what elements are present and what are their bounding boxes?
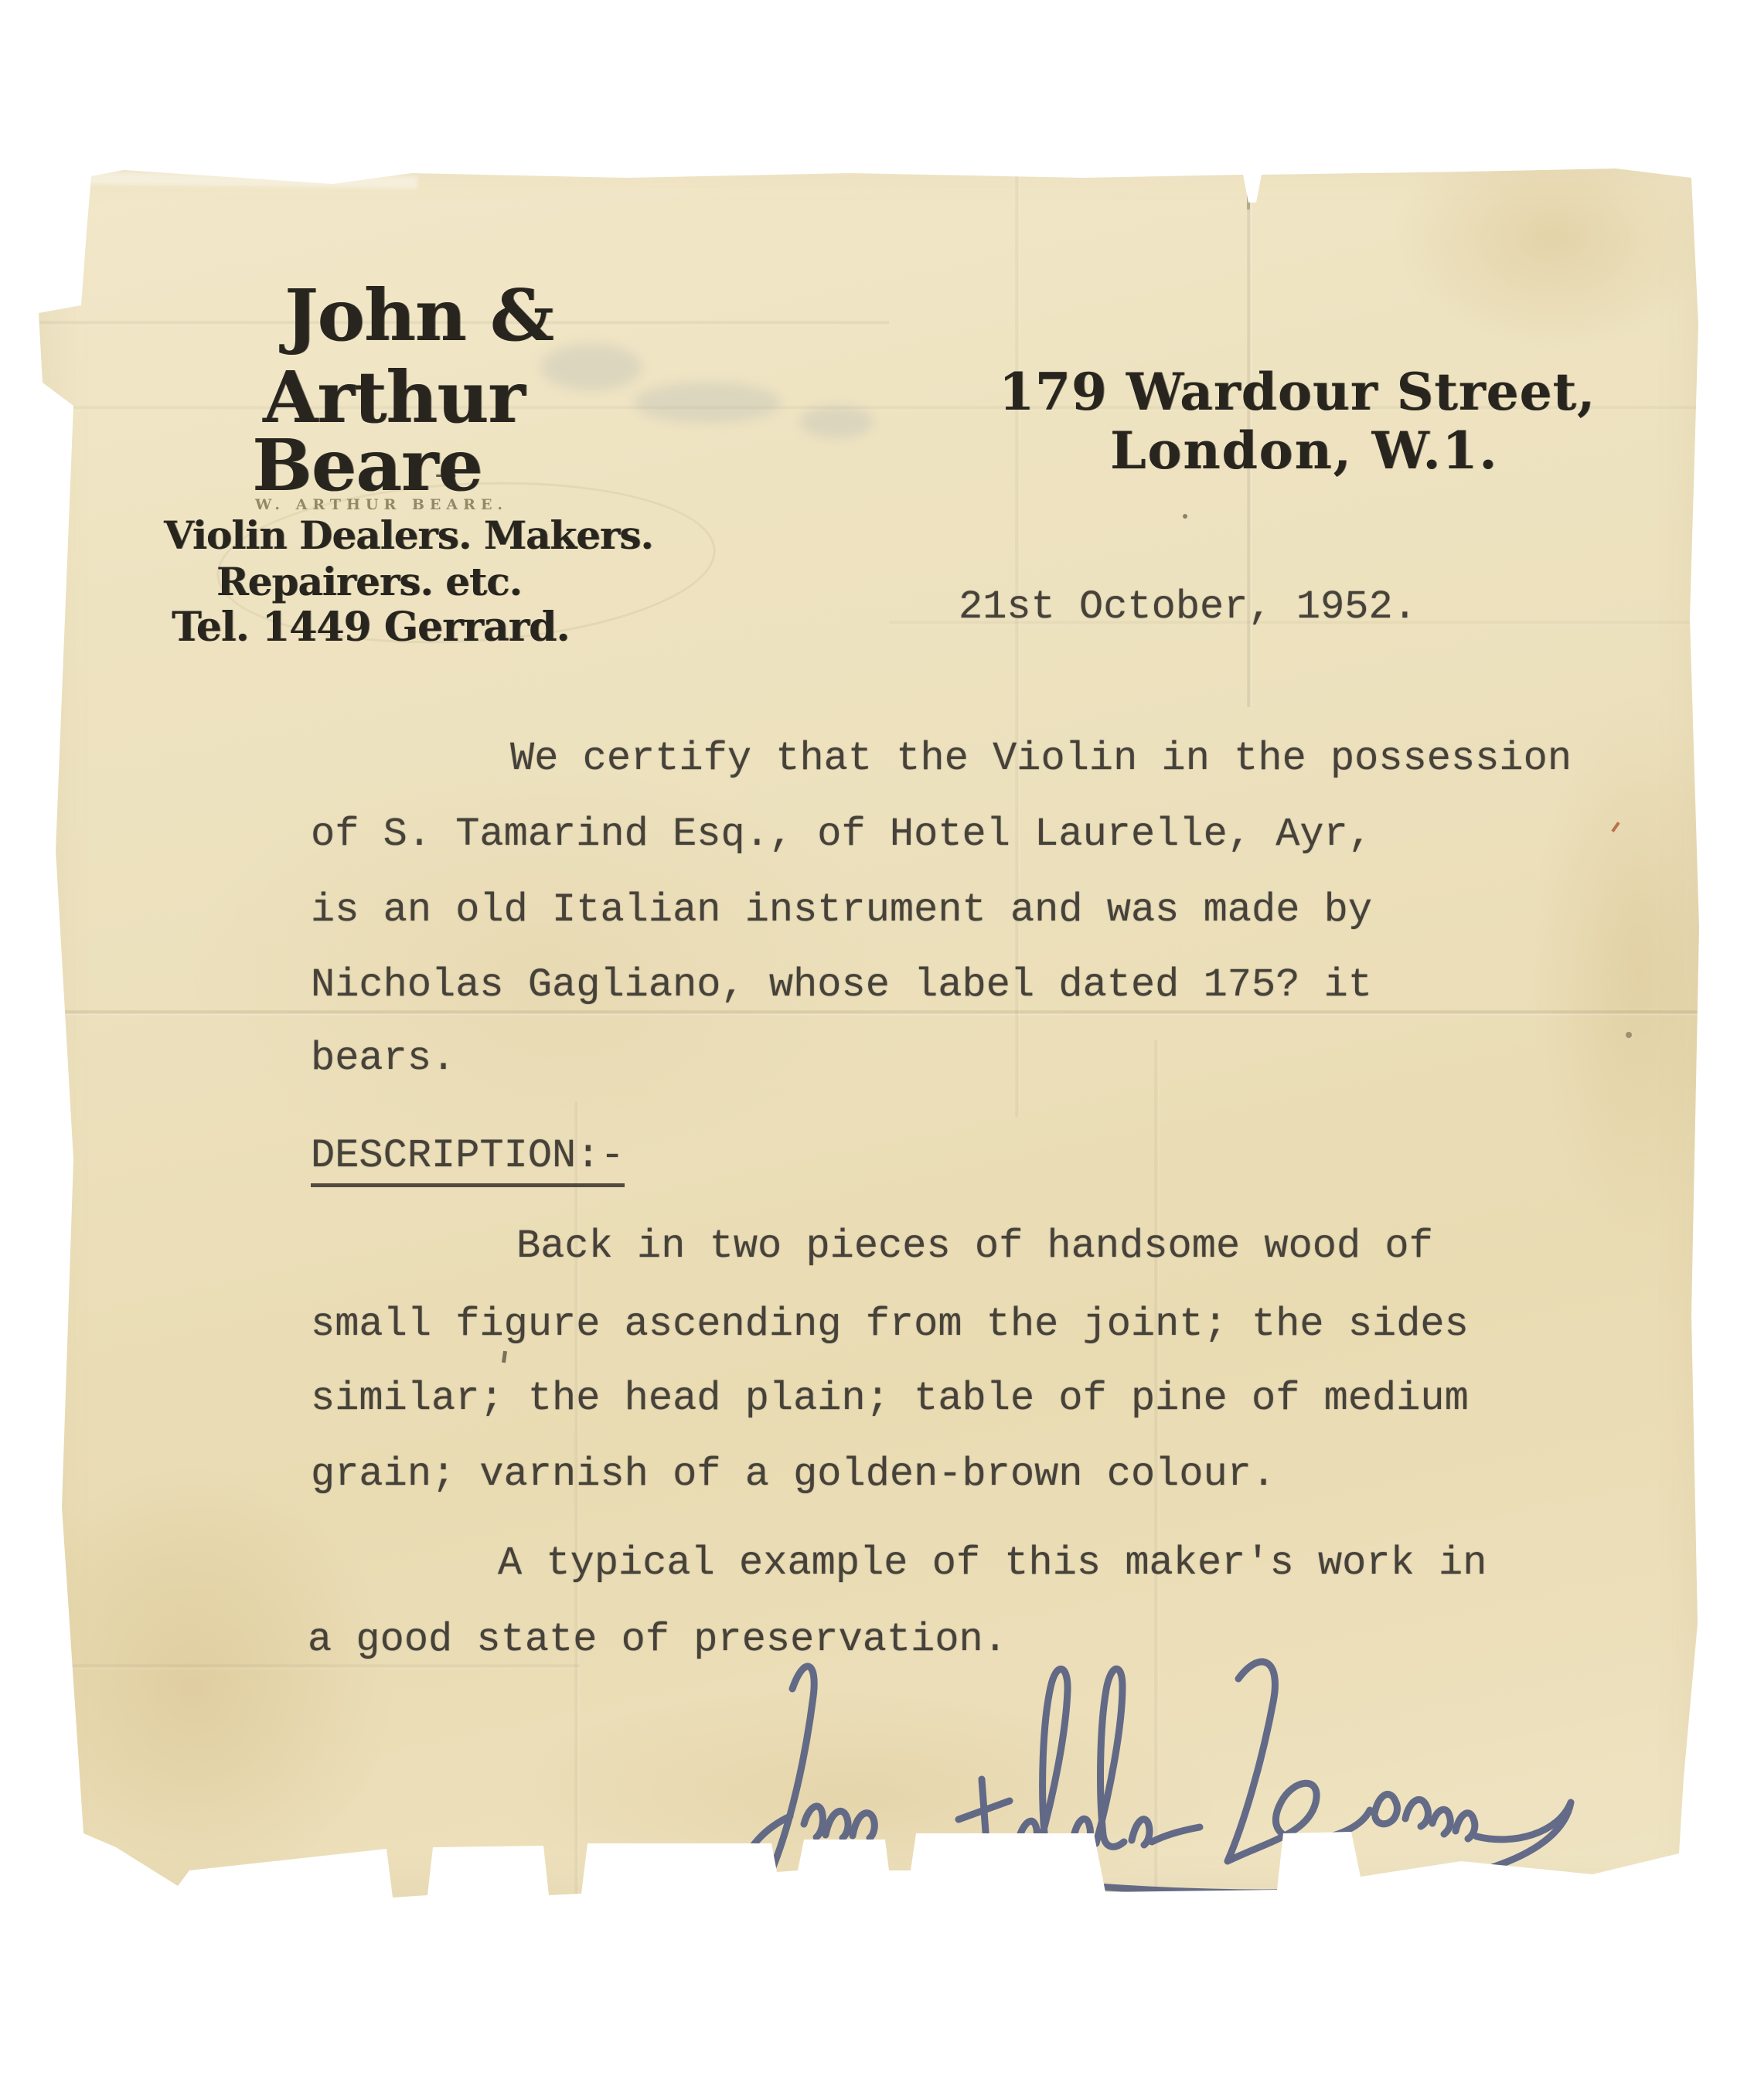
letterhead-subname: W. ARTHUR BEARE.	[255, 496, 508, 513]
body-line: grain; varnish of a golden-brown colour.	[311, 1452, 1275, 1498]
dark-speck-1	[1183, 514, 1187, 519]
letterhead-trade-line1: Violin Dealers. Makers.	[164, 516, 653, 555]
body-line: is an old Italian instrument and was mad…	[311, 887, 1372, 934]
stray-type-mark	[502, 1351, 507, 1363]
scanned-letter: John & Arthur Beare + W. ARTHUR BEARE. V…	[0, 0, 1754, 2100]
letter-paper: John & Arthur Beare + W. ARTHUR BEARE. V…	[39, 151, 1708, 1905]
description-heading: DESCRIPTION:-	[311, 1133, 625, 1187]
letterhead-name-line1: John &	[284, 280, 553, 351]
body-line: Nicholas Gagliano, whose label dated 175…	[311, 962, 1372, 1009]
body-line: of S. Tamarind Esq., of Hotel Laurelle, …	[311, 812, 1372, 858]
address-line2: London, W.1.	[1110, 425, 1498, 476]
fold-line-lower-left	[39, 1664, 580, 1669]
body-line: Back in two pieces of handsome wood of	[516, 1224, 1433, 1270]
signature-ink	[649, 1615, 1623, 1925]
ink-bleed-1	[541, 344, 642, 390]
letterhead-ornament: +	[433, 458, 459, 493]
fold-line-main	[39, 1010, 1708, 1016]
ink-bleed-2	[634, 383, 781, 423]
stain-bottom-left	[0, 1465, 394, 1913]
signature-stroke-plus	[959, 1779, 1010, 1843]
body-line: A typical example of this maker's work i…	[498, 1540, 1487, 1587]
corner-fold-highlight	[85, 172, 417, 189]
signature-stroke-arthur	[1019, 1669, 1200, 1846]
address-line1: 179 Wardour Street,	[999, 366, 1596, 417]
stain-top-right	[1391, 120, 1716, 352]
fold-line-vertical-left	[574, 1101, 580, 1905]
ink-bleed-3	[800, 406, 874, 438]
letterhead-trade-line2: Repairers. etc.	[216, 563, 522, 601]
date-line: 21st October, 1952.	[959, 584, 1417, 631]
red-speck	[1611, 822, 1619, 832]
body-line: similar; the head plain; table of pine o…	[311, 1376, 1469, 1422]
dark-speck-2	[1626, 1032, 1632, 1038]
letterhead-name-line2: Arthur	[263, 362, 525, 433]
letterhead-trade-line3: Tel. 1449 Gerrard.	[172, 608, 569, 648]
body-line: bears.	[311, 1036, 455, 1082]
top-edge-tear	[1247, 174, 1250, 209]
body-line: small figure ascending from the joint; t…	[311, 1302, 1469, 1348]
signature-stroke-john	[739, 1666, 874, 1898]
body-line: We certify that the Violin in the posses…	[510, 736, 1572, 782]
